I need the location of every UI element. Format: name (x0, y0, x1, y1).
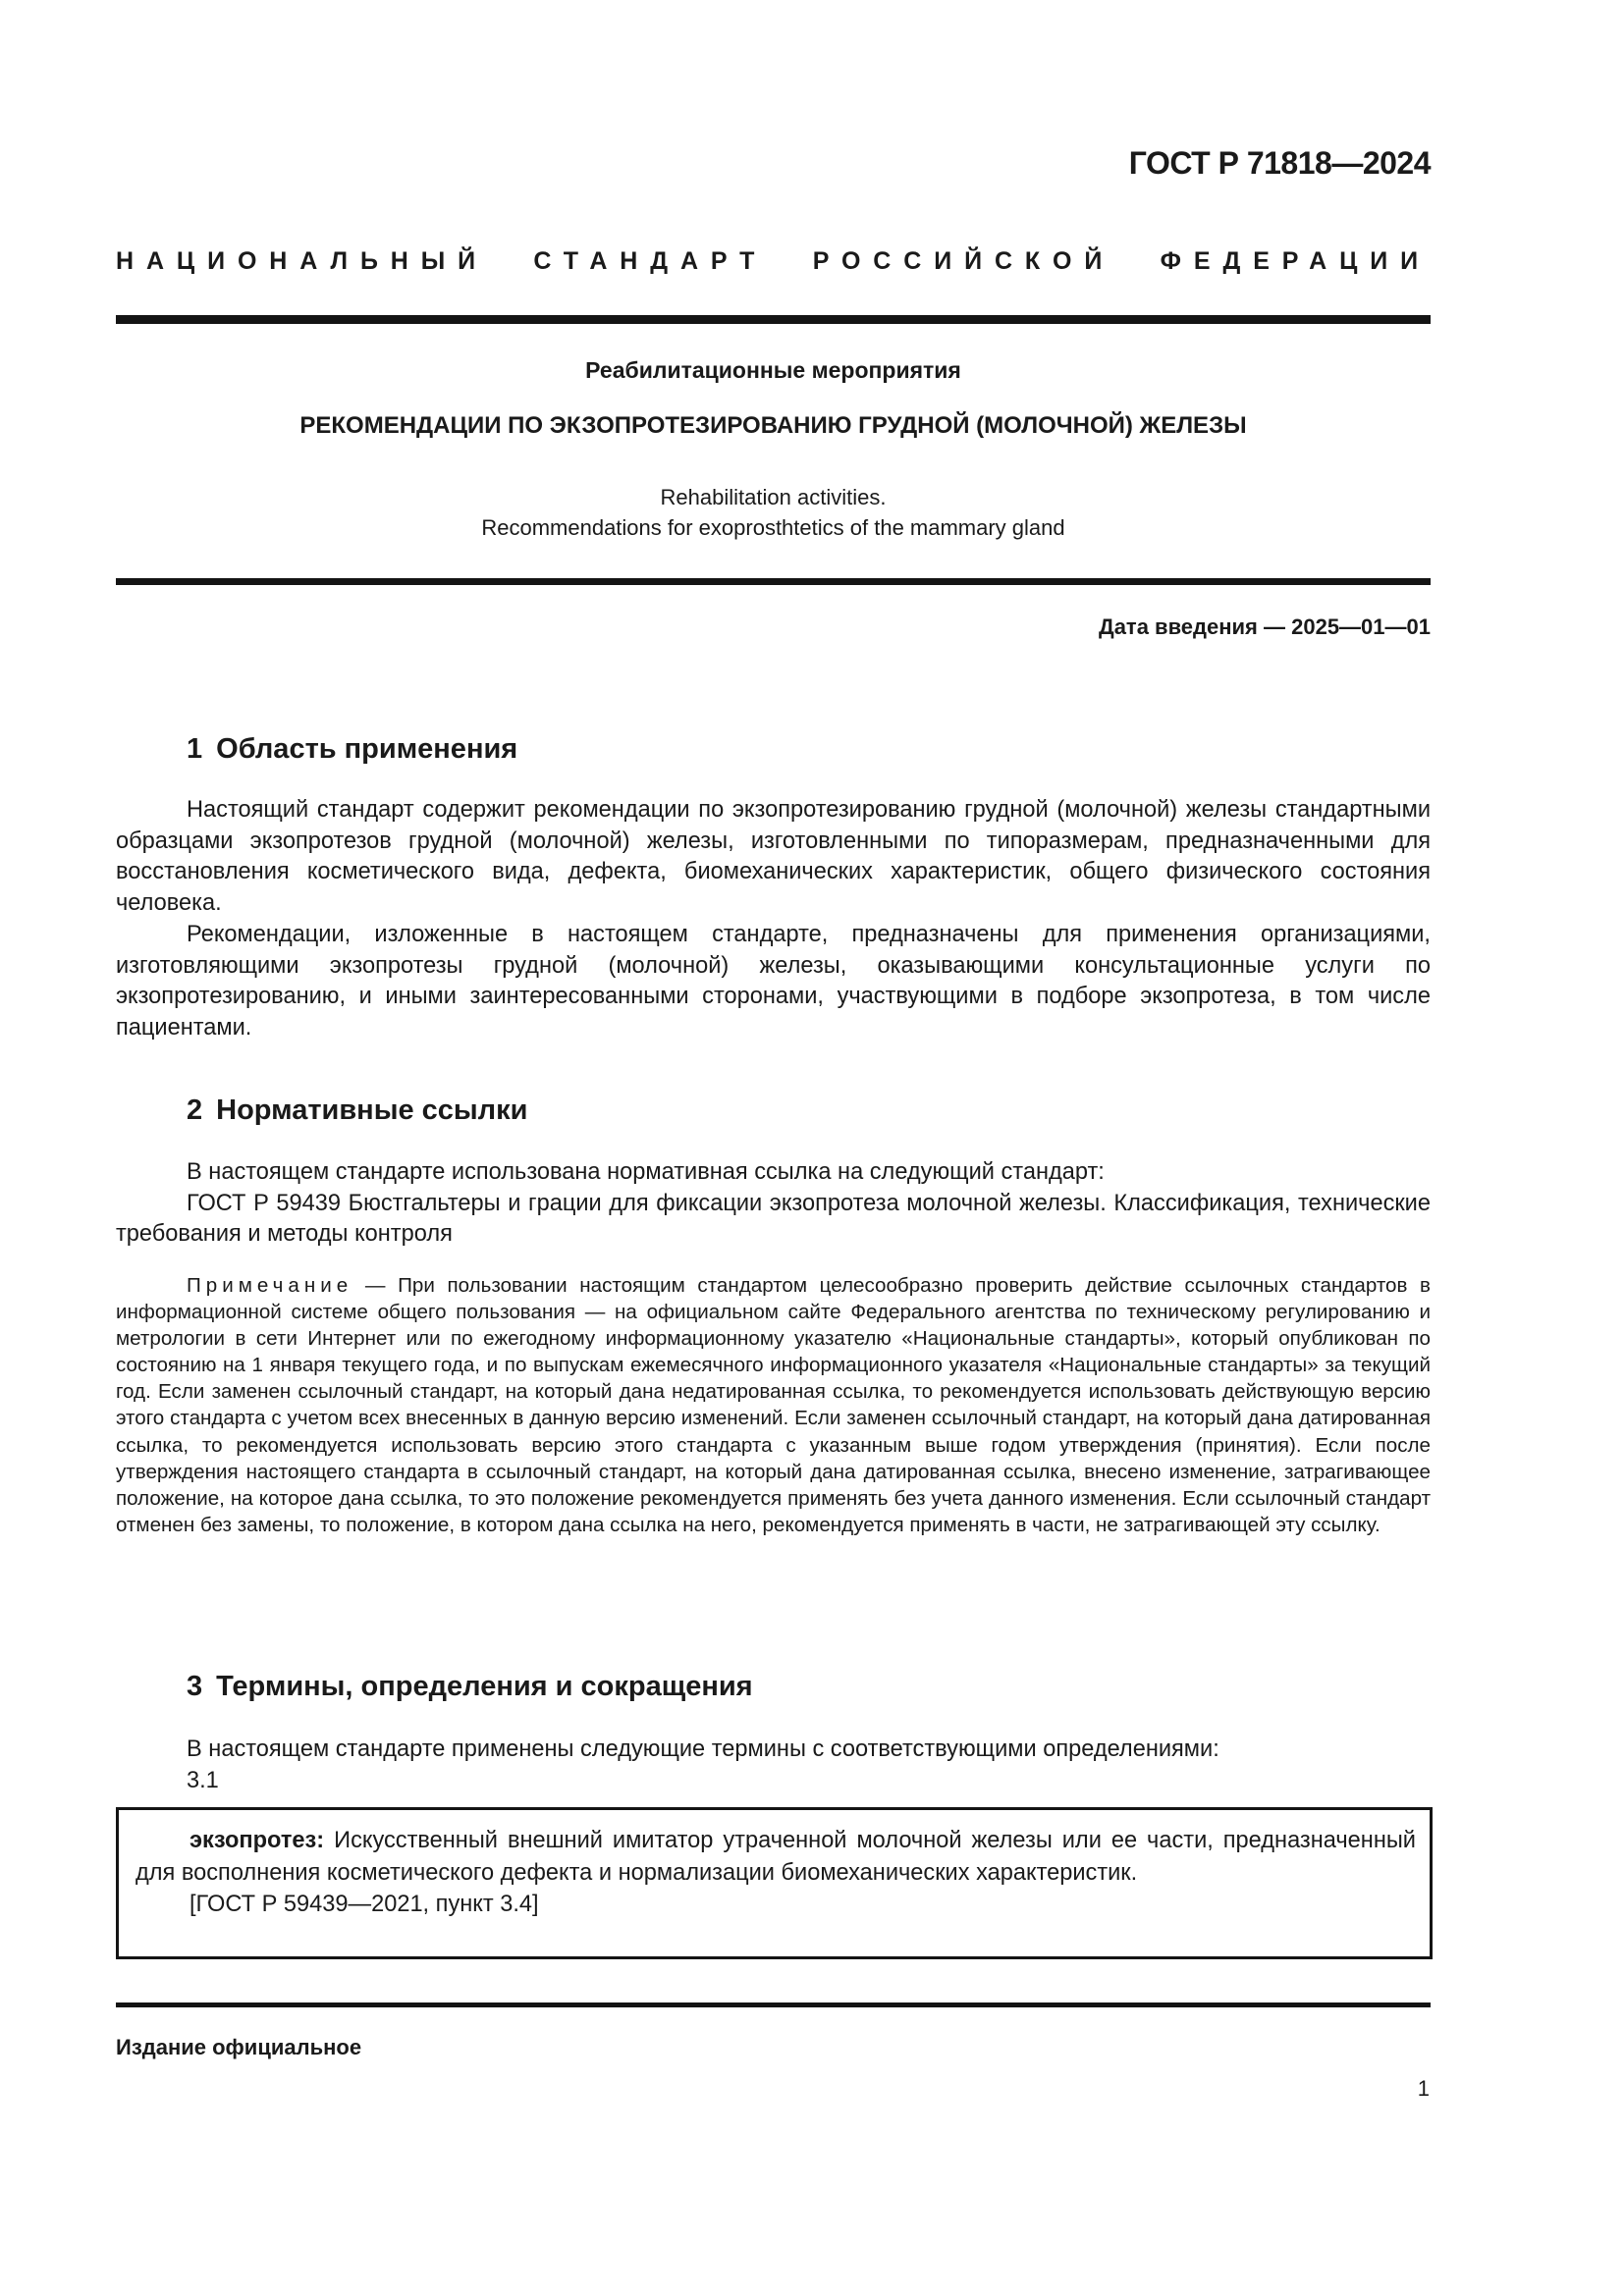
definition-source: [ГОСТ Р 59439—2021, пункт 3.4] (135, 1889, 1416, 1921)
section-title: Нормативные ссылки (216, 1095, 527, 1126)
national-standard-banner: НАЦИОНАЛЬНЫЙ СТАНДАРТ РОССИЙСКОЙ ФЕДЕРАЦ… (116, 247, 1431, 276)
document-subject: Реабилитационные мероприятия (116, 357, 1431, 384)
title-en-line-2: Recommendations for exoprosthtetics of t… (116, 512, 1431, 543)
note-block: Примечание — При пользовании настоящим с… (116, 1272, 1431, 1538)
section-3-body: В настоящем стандарте применены следующи… (116, 1735, 1431, 1796)
section-title: Термины, определения и сокращения (216, 1671, 752, 1702)
section-heading-2: 2Нормативные ссылки (187, 1095, 527, 1127)
note-text: — При пользовании настоящим стандартом ц… (116, 1274, 1431, 1536)
term-number: 3.1 (116, 1766, 1431, 1797)
definition-term: экзопротез: (189, 1828, 324, 1853)
paragraph: Настоящий стандарт содержит рекомендации… (116, 795, 1431, 920)
note-label: Примечание (187, 1274, 352, 1297)
document-code: ГОСТ Р 71818—2024 (1129, 145, 1431, 182)
official-edition-label: Издание официальное (116, 2035, 361, 2060)
section-2-body: В настоящем стандарте использована норма… (116, 1157, 1431, 1251)
section-number: 1 (187, 733, 202, 765)
paragraph: В настоящем стандарте применены следующи… (116, 1735, 1431, 1766)
section-1-body: Настоящий стандарт содержит рекомендации… (116, 795, 1431, 1044)
footer-rule (116, 2002, 1431, 2007)
section-number: 2 (187, 1095, 202, 1126)
page-number: 1 (1418, 2076, 1430, 2102)
definition-box: экзопротез: Искусственный внешний имитат… (116, 1807, 1433, 1959)
definition-text: экзопротез: Искусственный внешний имитат… (135, 1825, 1416, 1921)
normative-reference: ГОСТ Р 59439 Бюстгальтеры и грации для ф… (116, 1189, 1431, 1251)
paragraph: Рекомендации, изложенные в настоящем ста… (116, 920, 1431, 1044)
section-title: Область применения (216, 733, 517, 765)
title-en-line-1: Rehabilitation activities. (116, 482, 1431, 512)
header-rule-bottom (116, 578, 1431, 585)
section-heading-3: 3Термины, определения и сокращения (187, 1671, 753, 1703)
section-number: 3 (187, 1671, 202, 1702)
definition-body: Искусственный внешний имитатор утраченно… (135, 1828, 1416, 1886)
document-title-ru: РЕКОМЕНДАЦИИ ПО ЭКЗОПРОТЕЗИРОВАНИЮ ГРУДН… (116, 412, 1431, 440)
header-rule-top (116, 315, 1431, 324)
document-title-en: Rehabilitation activities. Recommendatio… (116, 482, 1431, 543)
paragraph: В настоящем стандарте использована норма… (116, 1157, 1431, 1189)
introduction-date: Дата введения — 2025—01—01 (1099, 614, 1431, 640)
section-heading-1: 1Область применения (187, 733, 517, 766)
